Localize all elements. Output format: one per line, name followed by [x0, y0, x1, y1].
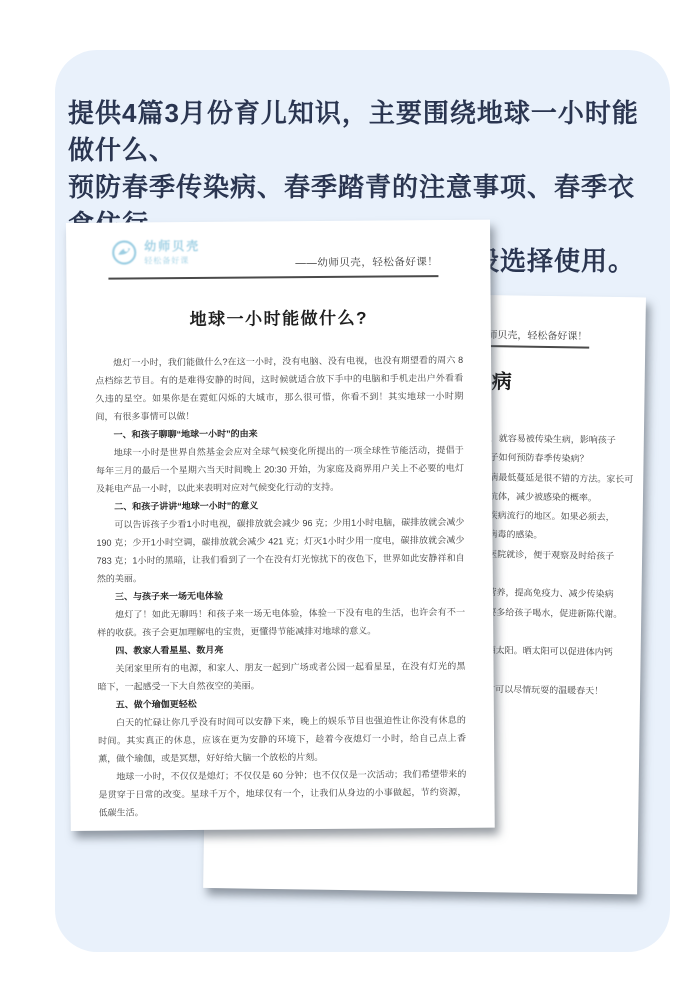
page1-paragraph: 可以告诉孩子少看1小时电视，碳排放就会减少 96 克；少用1小时电脑，碳排放就会… — [96, 513, 465, 588]
page2-body-line-fragment: 疾病流行的地区。如果必须去， — [489, 506, 633, 527]
page2-body-line-fragment — [488, 564, 632, 585]
page2-body-line-fragment — [487, 622, 631, 643]
page2-body-line-fragment: 营养，提高免疫力、减少传染病 — [487, 583, 631, 604]
page2-body-line-fragment: ，就容易被传染生病，影响孩子 — [490, 429, 634, 450]
page1-header-tagline: ——幼师贝壳，轻松备好课！ — [295, 254, 438, 270]
page2-body-fragments: ，就容易被传染生病，影响孩子 子如何预防春季传染病？ 病最低蔓延是很不错的方法。… — [486, 429, 634, 701]
page2-body-line-fragment: 医院就诊，便于观察及时给孩子 — [488, 545, 632, 566]
page2-body-line-fragment: 才可以尽情玩耍的温暖春天！ — [486, 680, 630, 701]
page2-title-fragment: 病 — [492, 365, 512, 394]
page1-paragraph: 白天的忙碌让你几乎没有时间可以安静下来，晚上的娱乐节目也强迫性让你没有休息的时间… — [98, 711, 466, 768]
page1-paragraph: 地球一小时，不仅仅是熄灯；不仅仅是 60 分钟；也不仅仅是一次活动；我们希望带来… — [98, 765, 466, 822]
intro-text-line: 提供4篇3月份育儿知识，主要围绕地球一小时能做什么、 — [68, 95, 660, 169]
page1-header-divider — [108, 275, 438, 280]
page1-title: 地球一小时能做什么? — [67, 303, 491, 331]
brand-logo-icon — [110, 238, 138, 266]
page1-paragraph: 熄灯一小时，我们能做什么?在这一小时，没有电脑、没有电视，也没有期望看的周六 8… — [95, 351, 464, 426]
page2-body-line-fragment: 子如何预防春季传染病？ — [489, 448, 633, 469]
page2-body-line-fragment: 病毒的感染。 — [488, 526, 632, 547]
page1-paragraph: 地球一小时是世界自然基金会应对全球气候变化所提出的一项全球性节能活动，提倡于每年… — [96, 441, 464, 498]
page1-paragraph: 熄灯了！如此无聊吗！和孩子来一场无电体验，体验一下没有电的生活，也许会有不一样的… — [97, 603, 465, 642]
promo-image: 提供4篇3月份育儿知识，主要围绕地球一小时能做什么、 预防春季传染病、春季踏青的… — [0, 0, 700, 999]
page2-body-line-fragment — [486, 661, 630, 682]
page1-paragraph: 关闭家里所有的电源，和家人、朋友一起到广场或者公园一起看星星，在没有灯光的黑暗下… — [97, 657, 465, 696]
brand-logo-text: 幼师贝壳 轻松备好课 — [144, 237, 200, 266]
brand-logo-slogan: 轻松备好课 — [144, 255, 200, 266]
page2-body-line-fragment: 抗体，减少被感染的概率。 — [489, 487, 633, 508]
document-page-earth-hour: 幼师贝壳 轻松备好课 ——幼师贝壳，轻松备好课！ 地球一小时能做什么? 熄灯一小… — [66, 220, 495, 831]
page1-body: 熄灯一小时，我们能做什么?在这一小时，没有电脑、没有电视，也没有期望看的周六 8… — [95, 351, 467, 822]
page2-body-line-fragment: 要多给孩子喝水，促进新陈代谢。 — [487, 603, 631, 624]
brand-logo: 幼师贝壳 轻松备好课 — [110, 237, 200, 267]
page2-body-line-fragment: 晒太阳。晒太阳可以促进体内钙 — [487, 641, 631, 662]
page2-body-line-fragment: 病最低蔓延是很不错的方法。家长可 — [489, 468, 633, 489]
brand-logo-name: 幼师贝壳 — [144, 237, 200, 254]
